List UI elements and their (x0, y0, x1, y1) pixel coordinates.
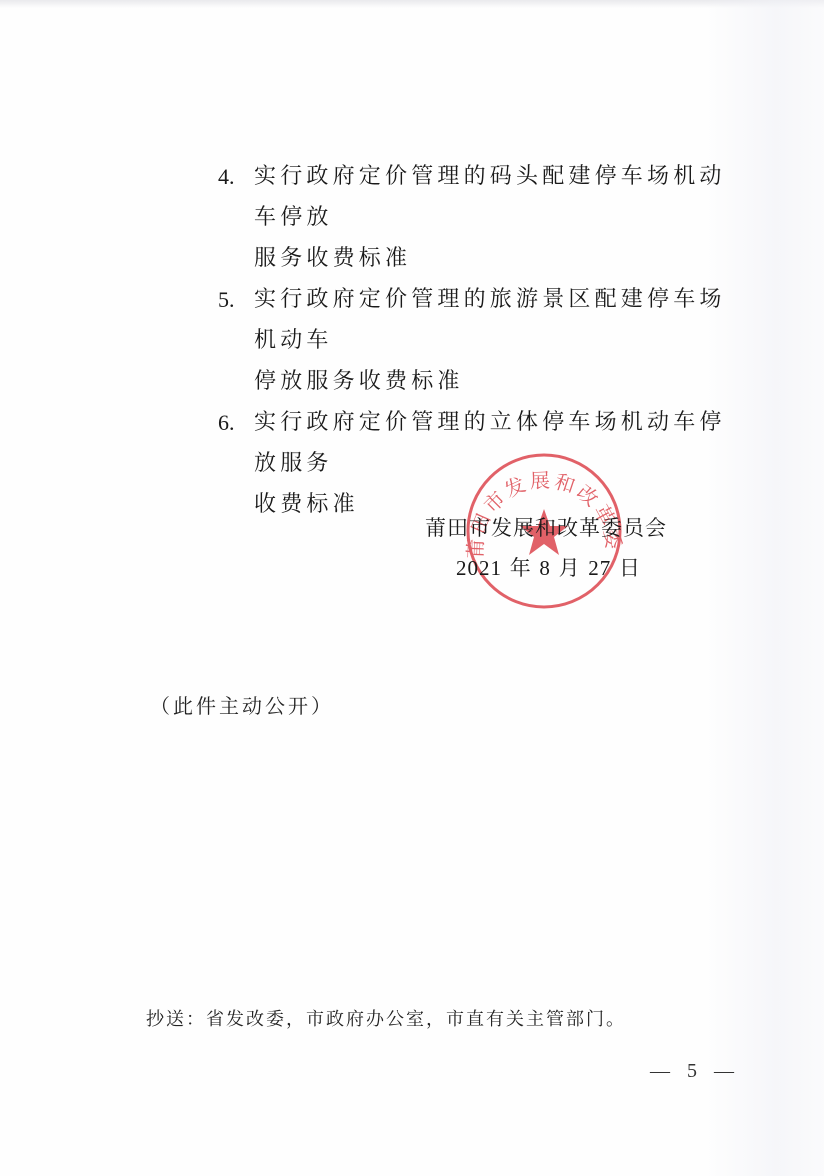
attachment-item: 6. 实行政府定价管理的立体停车场机动车停放服务 收费标准 (218, 402, 738, 525)
attachment-title-line: 服务收费标准 (254, 238, 738, 279)
attachment-title-line: 实行政府定价管理的立体停车场机动车停放服务 (254, 402, 738, 484)
document-page: 4. 实行政府定价管理的码头配建停车场机动车停放 服务收费标准 5. 实行政府定… (0, 0, 824, 1176)
attachment-list: 4. 实行政府定价管理的码头配建停车场机动车停放 服务收费标准 5. 实行政府定… (218, 156, 738, 525)
date-month-unit: 月 (559, 556, 581, 580)
date-day-unit: 日 (619, 556, 641, 580)
issuing-organization: 莆田市发展和改革委员会 (425, 508, 725, 548)
date-year: 2021 (456, 556, 502, 580)
public-disclosure-note: （此件主动公开） (150, 690, 334, 719)
attachment-item: 5. 实行政府定价管理的旅游景区配建停车场机动车 停放服务收费标准 (218, 279, 738, 402)
page-number: — 5 — (650, 1060, 740, 1083)
attachment-number: 5. (218, 279, 235, 320)
date-month: 8 (539, 556, 551, 580)
carbon-copy-line: 抄送：省发改委，市政府办公室，市直有关主管部门。 (146, 1005, 626, 1031)
attachment-number: 4. (218, 156, 235, 197)
attachment-title-line: 实行政府定价管理的旅游景区配建停车场机动车 (254, 279, 738, 361)
attachment-number: 6. (218, 402, 235, 443)
date-year-unit: 年 (510, 556, 532, 580)
date-day: 27 (588, 556, 611, 580)
attachment-title-line: 实行政府定价管理的码头配建停车场机动车停放 (254, 156, 738, 238)
issue-date: 2021 年 8 月 27 日 (425, 548, 725, 588)
attachment-title-line: 停放服务收费标准 (254, 361, 738, 402)
scan-shadow (0, 0, 824, 8)
attachment-item: 4. 实行政府定价管理的码头配建停车场机动车停放 服务收费标准 (218, 156, 738, 279)
signature-block: 莆田市发展和改革委员会 2021 年 8 月 27 日 (425, 508, 725, 588)
